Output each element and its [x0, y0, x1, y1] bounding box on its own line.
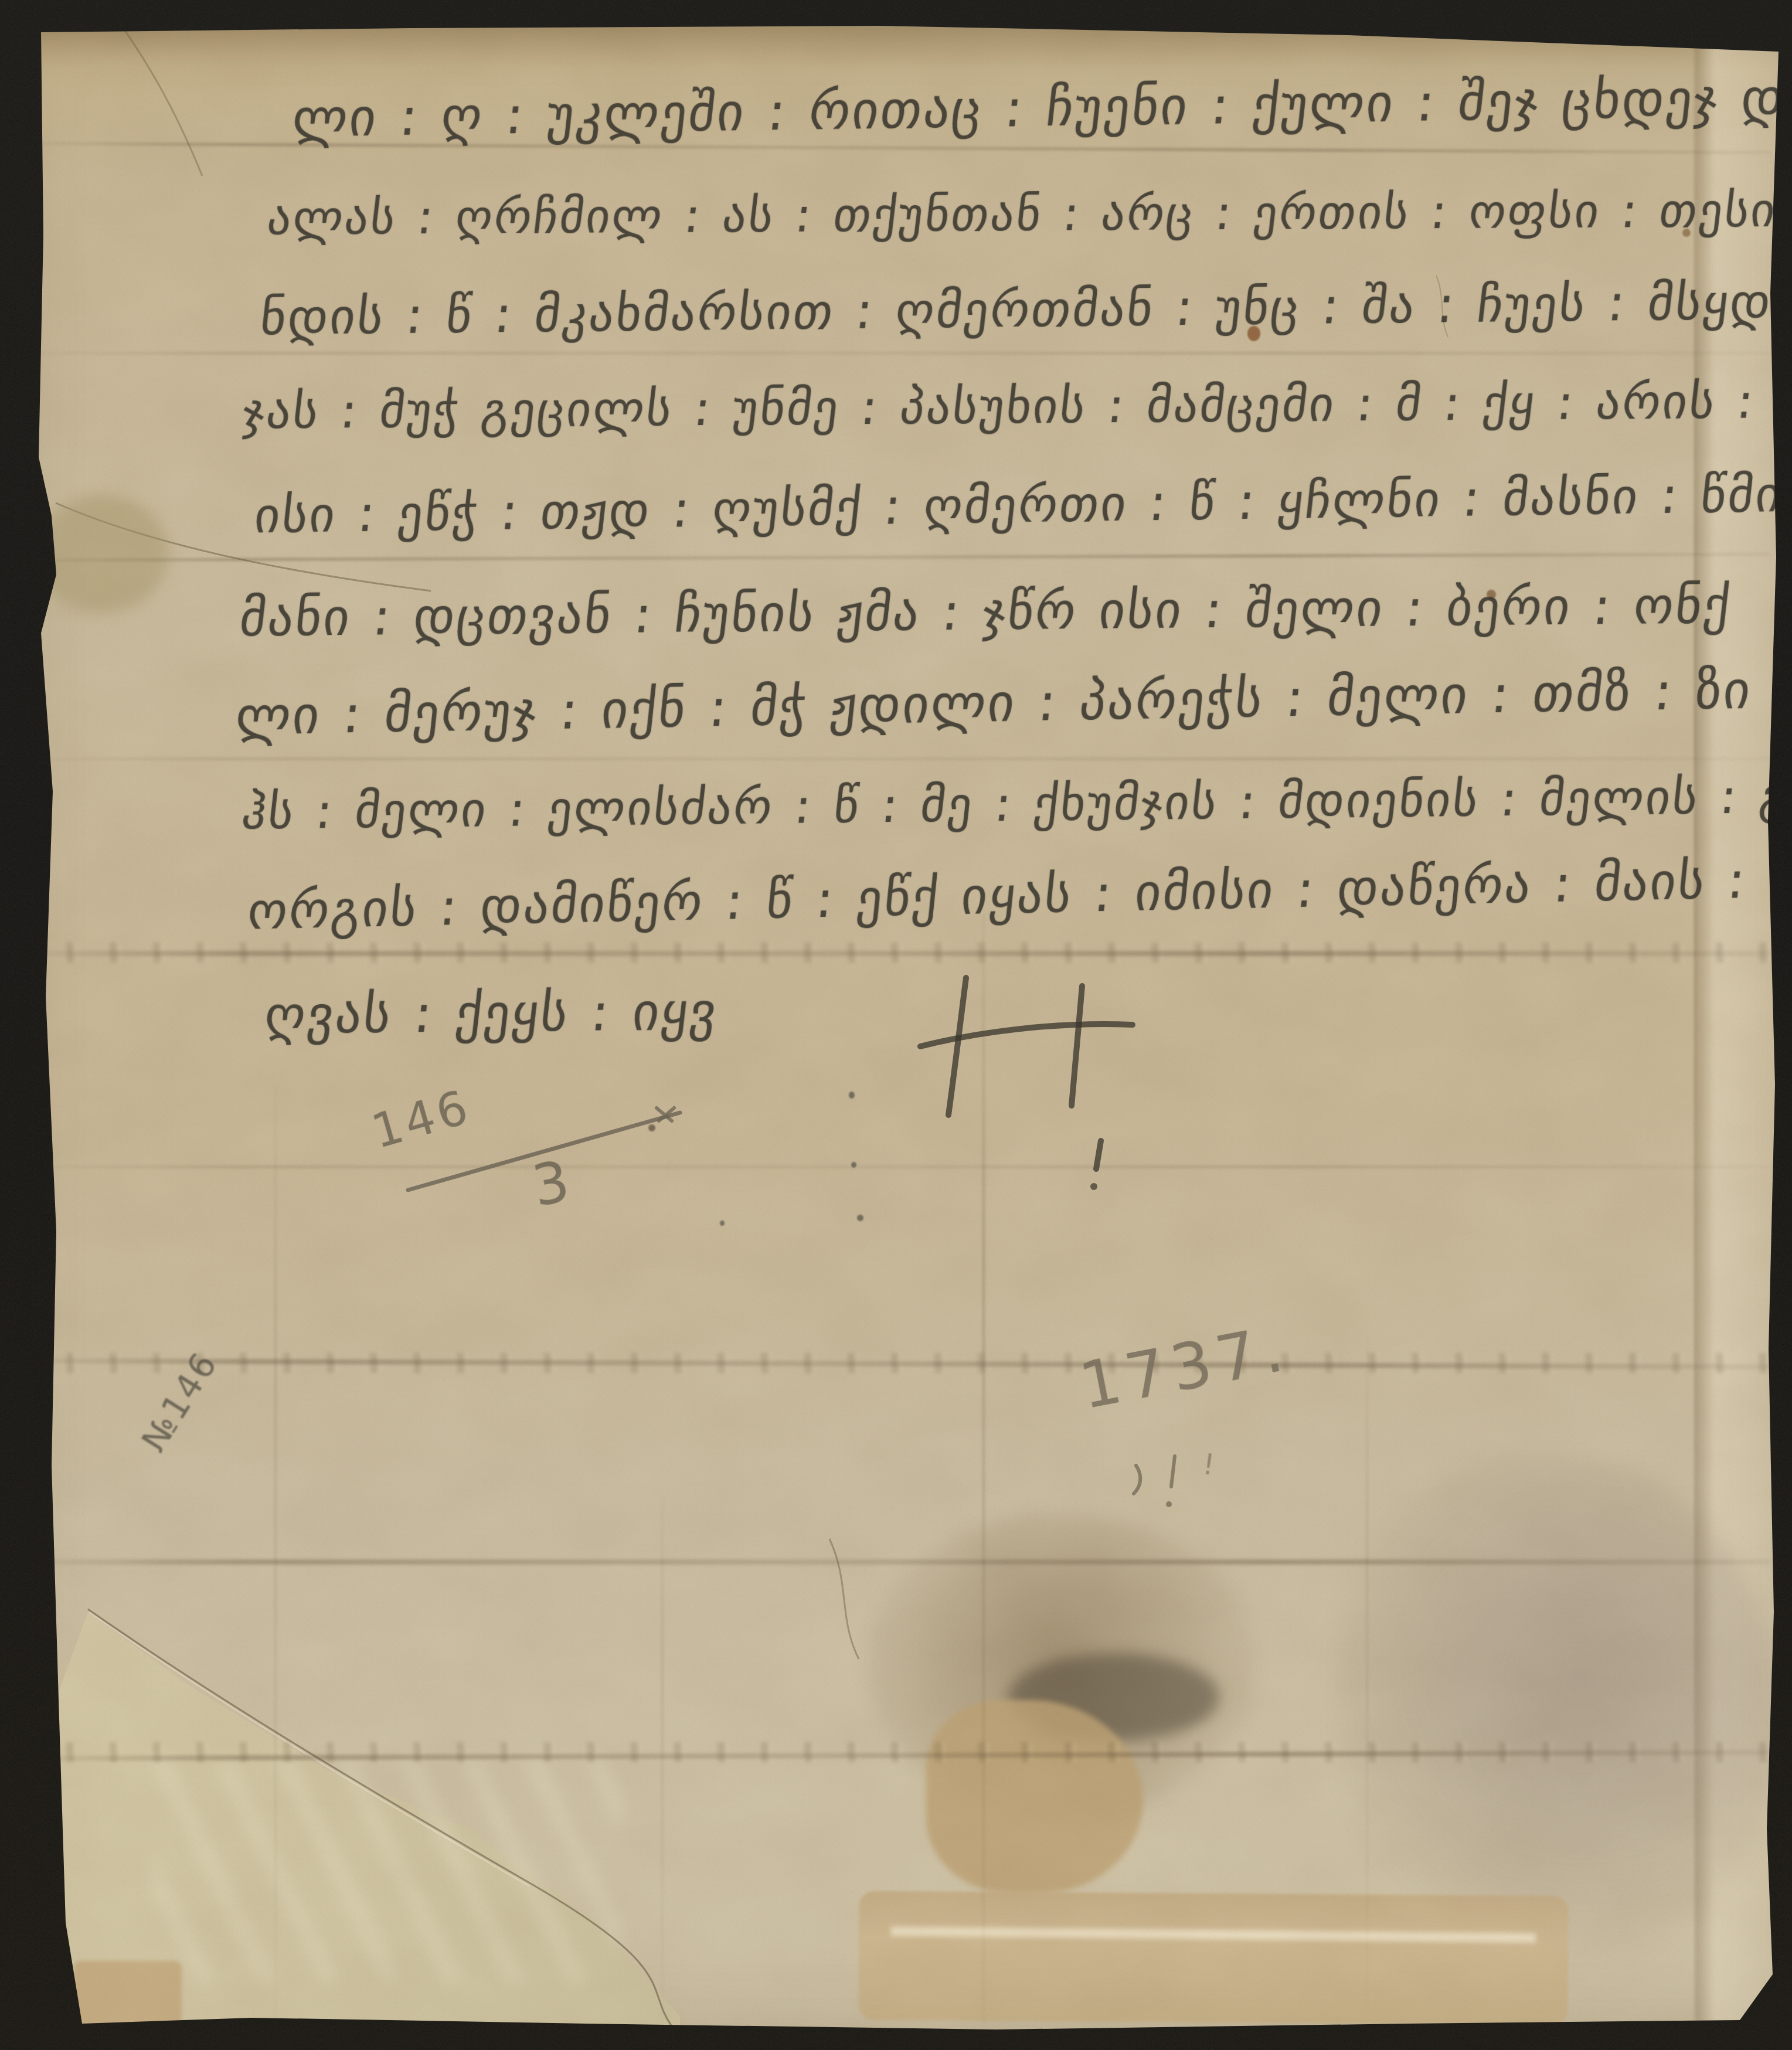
scanner-bed: ლი : ღ : უკლეში : რითაც : ჩუენი : ქული :…: [0, 0, 1792, 2050]
manuscript-paper: ლი : ღ : უკლეში : რითაც : ჩუენი : ქული :…: [0, 0, 1792, 2050]
paper-grain: [0, 0, 1792, 2050]
